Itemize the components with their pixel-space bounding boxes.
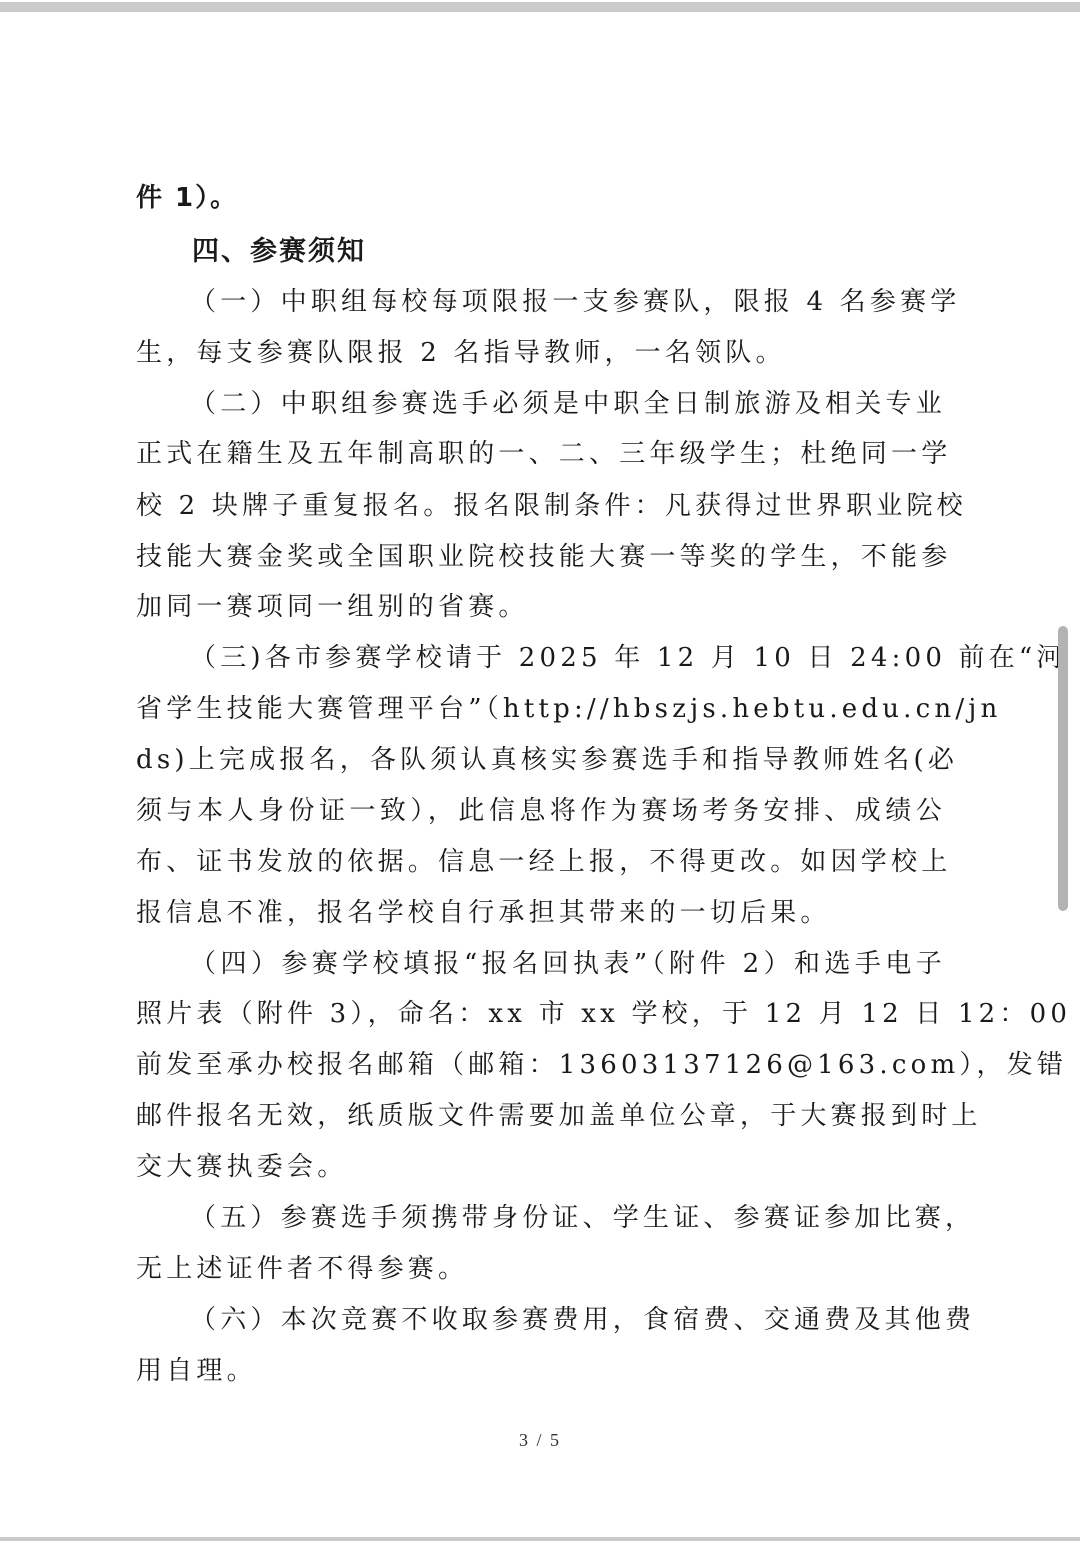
paragraph-line: 邮件报名无效，纸质版文件需要加盖单位公章，于大赛报到时上 [136,1098,946,1134]
paragraph-line: 加同一赛项同一组别的省赛。 [136,589,946,625]
paragraph-line: 省学生技能大赛管理平台”（http://hbszjs.hebtu.edu.cn/… [136,691,946,727]
paragraph-line: 技能大赛金奖或全国职业院校技能大赛一等奖的学生，不能参 [136,539,946,575]
paragraph-line: 须与本人身份证一致），此信息将作为赛场考务安排、成绩公 [136,793,946,829]
paragraph-line: 生，每支参赛队限报 2 名指导教师，一名领队。 [136,335,946,371]
paragraph-line: 照片表（附件 3），命名：xx 市 xx 学校，于 12 月 12 日 12：0… [136,996,946,1032]
paragraph-line: ds)上完成报名，各队须认真核实参赛选手和指导教师姓名(必 [136,742,946,778]
vertical-scrollbar[interactable] [1058,626,1068,911]
paragraph-line: 校 2 块牌子重复报名。报名限制条件：凡获得过世界职业院校 [136,488,946,524]
paragraph-line: （二）中职组参赛选手必须是中职全日制旅游及相关专业 [190,386,946,422]
paragraph-line: 正式在籍生及五年制高职的一、二、三年级学生；杜绝同一学 [136,436,946,472]
paragraph-line: （三)各市参赛学校请于 2025 年 12 月 10 日 24:00 前在“河 [190,640,946,676]
paragraph-line: 前发至承办校报名邮箱（邮箱：13603137126@163.com），发错 [136,1047,946,1083]
paragraph-line: （五）参赛选手须携带身份证、学生证、参赛证参加比赛， [190,1200,946,1236]
paragraph-line: 布、证书发放的依据。信息一经上报，不得更改。如因学校上 [136,844,946,880]
viewer-bottom-bar [0,1537,1080,1541]
paragraph-line: （六）本次竞赛不收取参赛费用，食宿费、交通费及其他费 [190,1302,946,1338]
continuation-line: 件 1）。 [136,180,946,216]
paragraph-line: （一）中职组每校每项限报一支参赛队，限报 4 名参赛学 [190,284,946,320]
document-page: 件 1）。 四、参赛须知 （一）中职组每校每项限报一支参赛队，限报 4 名参赛学… [0,12,1080,1537]
paragraph-line: 报信息不准，报名学校自行承担其带来的一切后果。 [136,895,946,931]
paragraph-line: 交大赛执委会。 [136,1149,946,1185]
paragraph-line: 无上述证件者不得参赛。 [136,1251,946,1287]
page-indicator: 3 / 5 [0,1430,1080,1451]
section-heading: 四、参赛须知 [192,234,366,270]
paragraph-line: 用自理。 [136,1353,946,1389]
viewer-top-bar [0,2,1080,12]
paragraph-line: （四）参赛学校填报“报名回执表”（附件 2）和选手电子 [190,946,946,982]
